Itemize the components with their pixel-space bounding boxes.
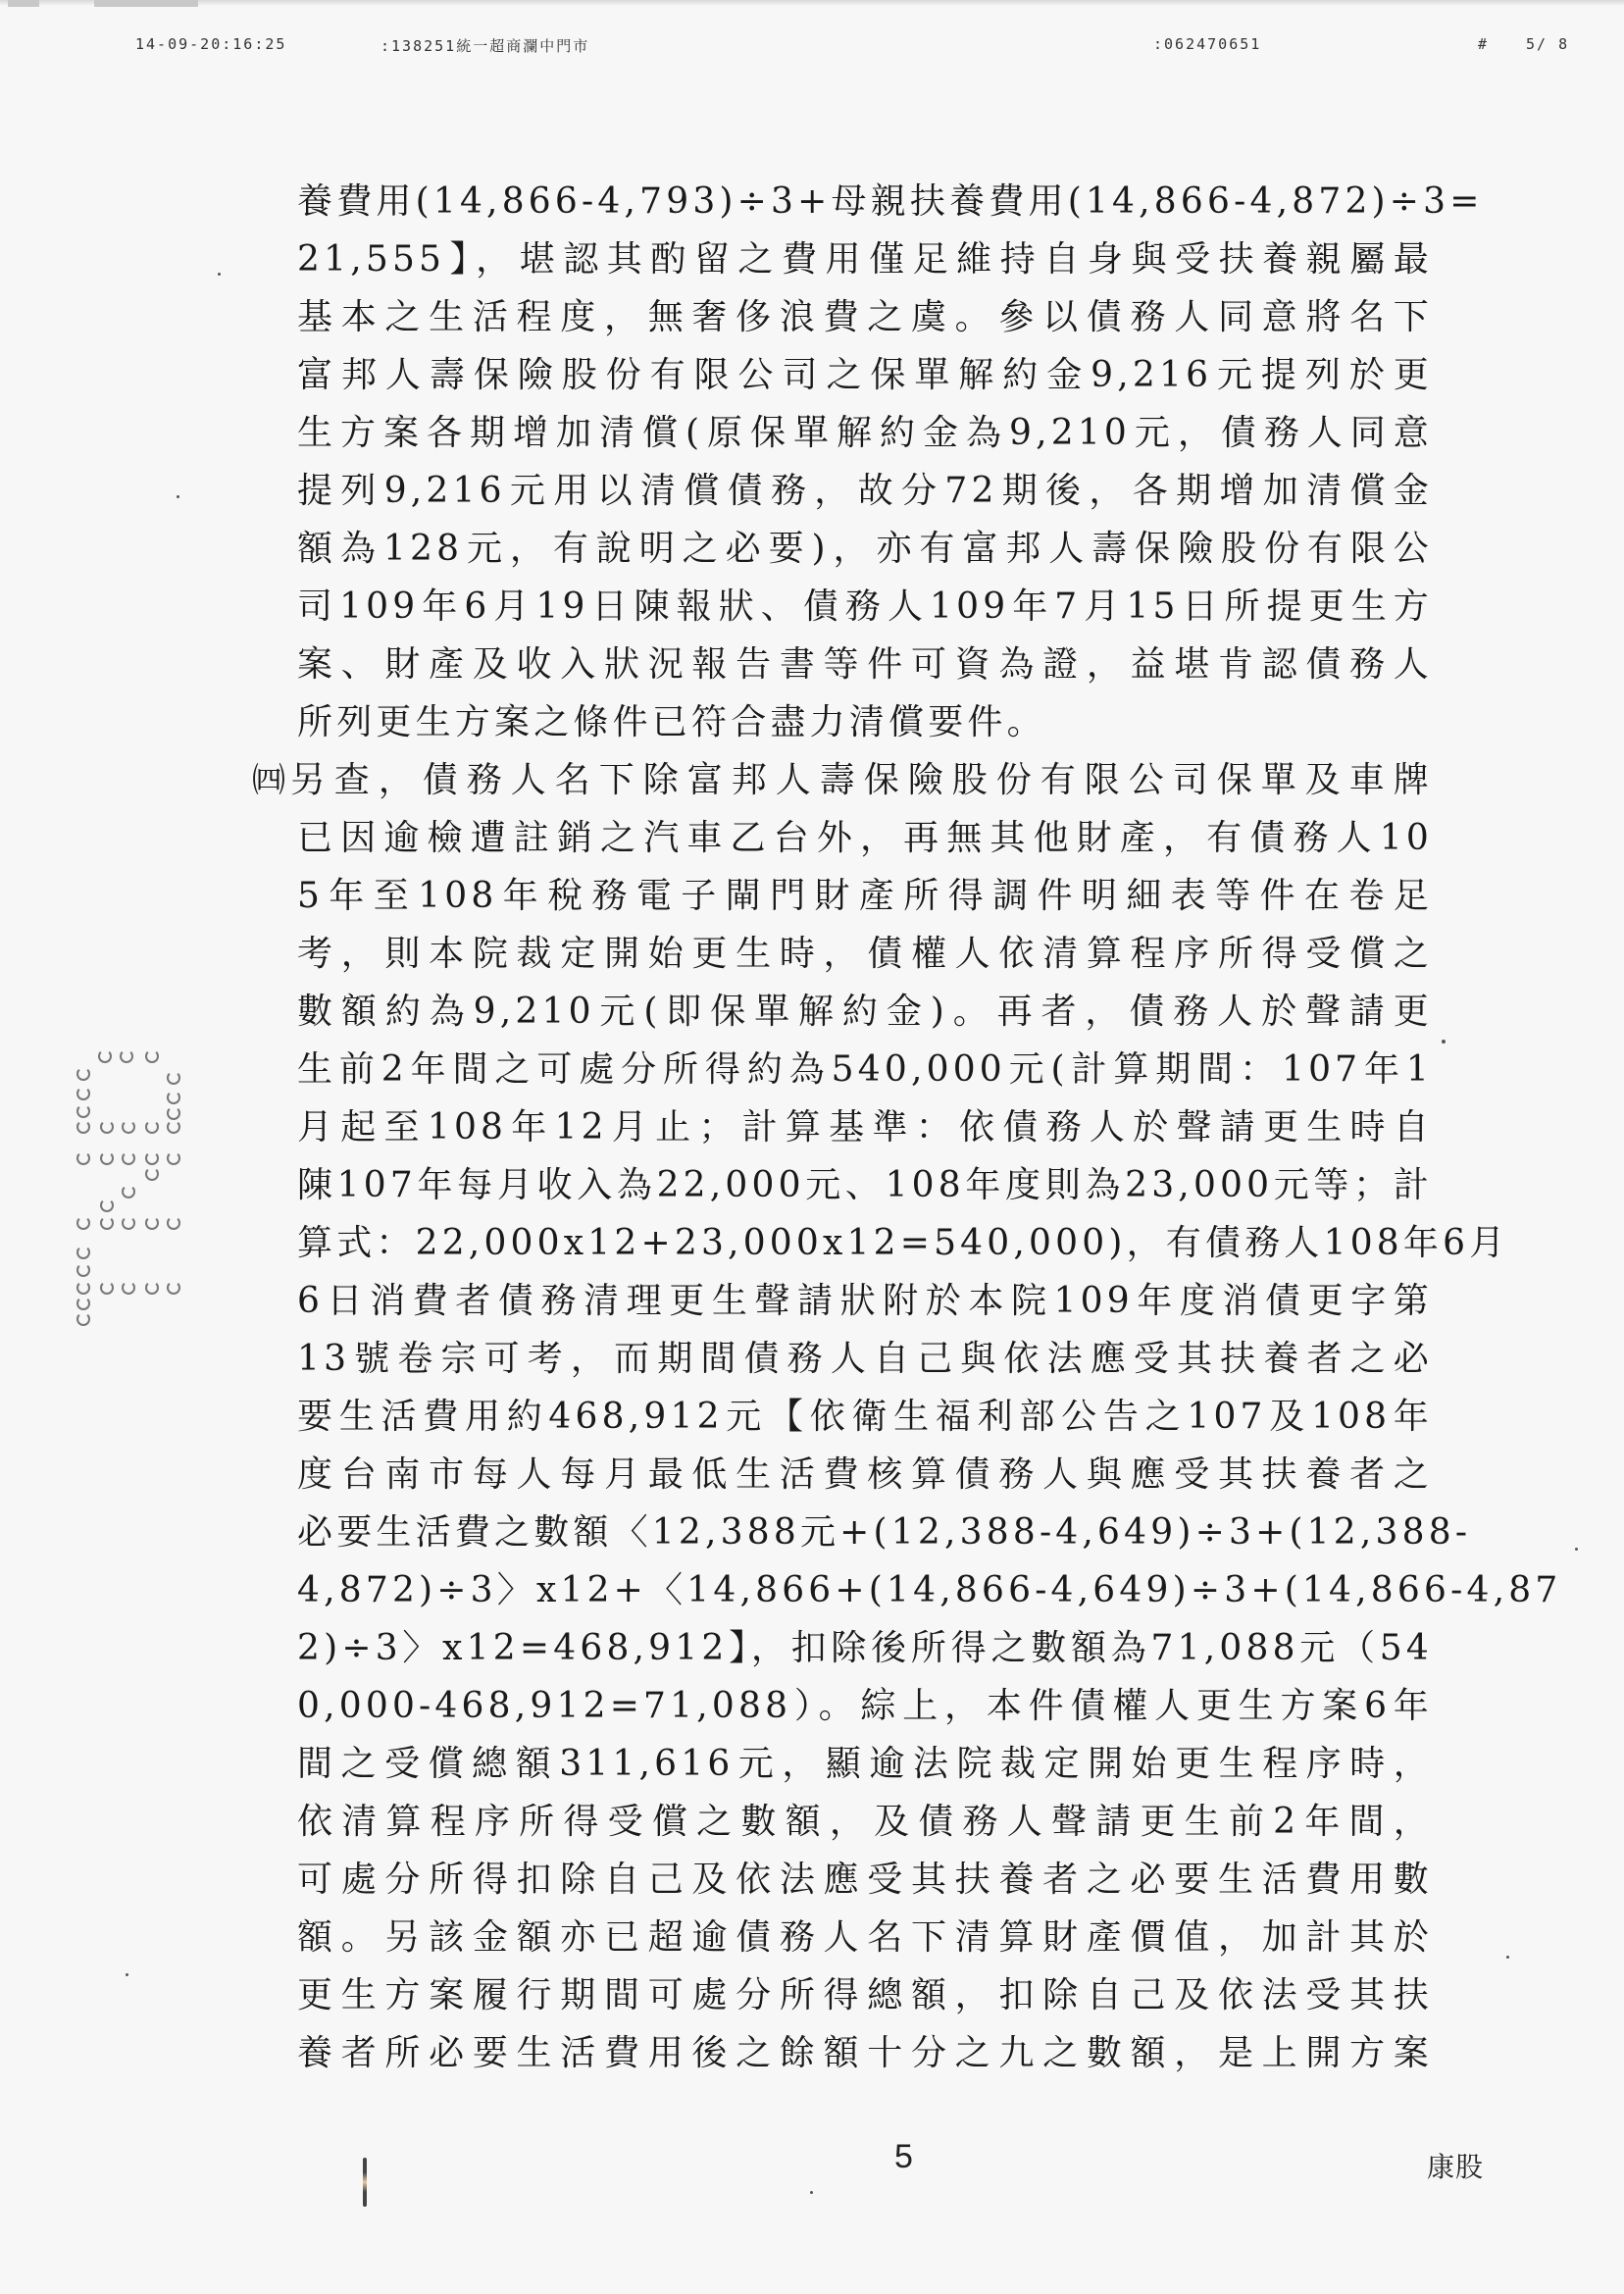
text-line: 度台南市每人每月最低生活費核算債務人與應受其扶養者之 [297,1446,1433,1504]
scan-speck [1575,1548,1578,1551]
text-line: 所列更生方案之條件已符合盡力清償要件。 [297,693,1433,751]
text-line: 要生活費用約468,912元【依衛生福利部公告之107及108年 [297,1388,1433,1446]
text-line: 2)÷3〉x12=468,912】，扣除後所得之數額為71,088元（54 [297,1619,1433,1677]
text-line: 21,555】，堪認其酌留之費用僅足維持自身與受扶養親屬最 [297,230,1433,288]
text-line: 依清算程序所得受償之數額，及債務人聲請更生前2年間， [297,1793,1433,1851]
text-line: 養費用(14,866-4,793)÷3+母親扶養費用(14,866-4,872)… [297,173,1433,230]
text-line: 13號卷宗可考，而期間債務人自己與依法應受其扶養者之必 [297,1330,1433,1388]
text-line: 4,872)÷3〉x12+〈14,866+(14,866-4,649)÷3+(1… [297,1561,1433,1619]
text-line: 額為128元，有說明之必要)，亦有富邦人壽保險股份有限公 [297,520,1433,578]
text-line: 養者所必要生活費用後之餘額十分之九之數額，是上開方案 [297,2024,1433,2082]
scan-speck [218,273,221,276]
text-line: 更生方案履行期間可處分所得總額，扣除自己及依法受其扶 [297,1966,1433,2024]
text-line: 司109年6月19日陳報狀、債務人109年7月15日所提更生方 [297,578,1433,636]
text-line: 數額約為9,210元(即保單解約金)。再者，債務人於聲請更 [297,983,1433,1041]
court-division-label: 康股 [1427,2146,1484,2185]
ink-mark [363,2158,367,2207]
text-line: 算式：22,000x12+23,000x12=540,000)，有債務人108年… [297,1214,1433,1272]
section-marker: ㈣ [252,761,290,800]
section-four-first-line: ㈣另查，債務人名下除富邦人壽保險股份有限公司保單及車牌 [252,751,1433,809]
scan-artifact [133,0,188,7]
text-line: 生前2年間之可處分所得約為540,000元(計算期間：107年1 [297,1041,1433,1098]
scan-speck [810,2191,813,2194]
scan-artifact [8,0,39,7]
text-line: 0,000-468,912=71,088）。綜上，本件債權人更生方案6年 [297,1677,1433,1735]
fax-sender: :138251統一超商瀾中門市 [381,35,589,56]
binding-perforation-pattern [69,1049,186,1324]
text-line: 基本之生活程度，無奢侈浪費之虞。參以債務人同意將名下 [297,288,1433,346]
fax-datetime: 14-09-20:16:25 [135,35,286,53]
scan-speck [1506,1956,1509,1959]
text-line: 考，則本院裁定開始更生時，債權人依清算程序所得受償之 [297,925,1433,983]
fax-number: :062470651 [1153,35,1261,53]
text-line: 間之受償總額311,616元，顯逾法院裁定開始更生程序時， [297,1735,1433,1793]
scan-top-edge [0,0,1624,6]
text-line: 已因逾檢遭註銷之汽車乙台外，再無其他財產，有債務人10 [297,809,1433,867]
section-four-first-line-text: 另查，債務人名下除富邦人壽保險股份有限公司保單及車牌 [290,760,1433,800]
fax-page-hash: # [1478,35,1489,53]
text-line: 6日消費者債務清理更生聲請狀附於本院109年度消債更字第 [297,1272,1433,1330]
text-line: 案、財產及收入狀況報告書等件可資為證，益堪肯認債務人 [297,636,1433,693]
text-line: 生方案各期增加清償(原保單解約金為9,210元，債務人同意 [297,404,1433,462]
fax-transmission-header: 14-09-20:16:25 :138251統一超商瀾中門市 :06247065… [0,35,1624,59]
text-line: 額。另該金額亦已超逾債務人名下清算財產價值，加計其於 [297,1909,1433,1966]
text-line: 月起至108年12月止；計算基準：依債務人於聲請更生時自 [297,1098,1433,1156]
scan-speck [126,1973,128,1976]
fax-page-count: 5/ 8 [1526,35,1569,53]
judgment-body-text: 養費用(14,866-4,793)÷3+母親扶養費用(14,866-4,872)… [297,173,1435,2082]
text-line: 富邦人壽保險股份有限公司之保單解約金9,216元提列於更 [297,346,1433,404]
text-line: 可處分所得扣除自己及依法應受其扶養者之必要生活費用數 [297,1851,1433,1909]
page-number: 5 [894,2138,913,2176]
text-line: 5年至108年稅務電子閘門財產所得調件明細表等件在卷足 [297,867,1433,925]
scan-speck [177,495,179,498]
scan-speck [1442,1040,1446,1044]
scan-artifact [188,0,198,7]
text-line: 提列9,216元用以清償債務，故分72期後，各期增加清償金 [297,462,1433,520]
text-line: 陳107年每月收入為22,000元、108年度則為23,000元等；計 [297,1156,1433,1214]
text-line: 必要生活費之數額〈12,388元+(12,388-4,649)÷3+(12,38… [297,1504,1433,1561]
